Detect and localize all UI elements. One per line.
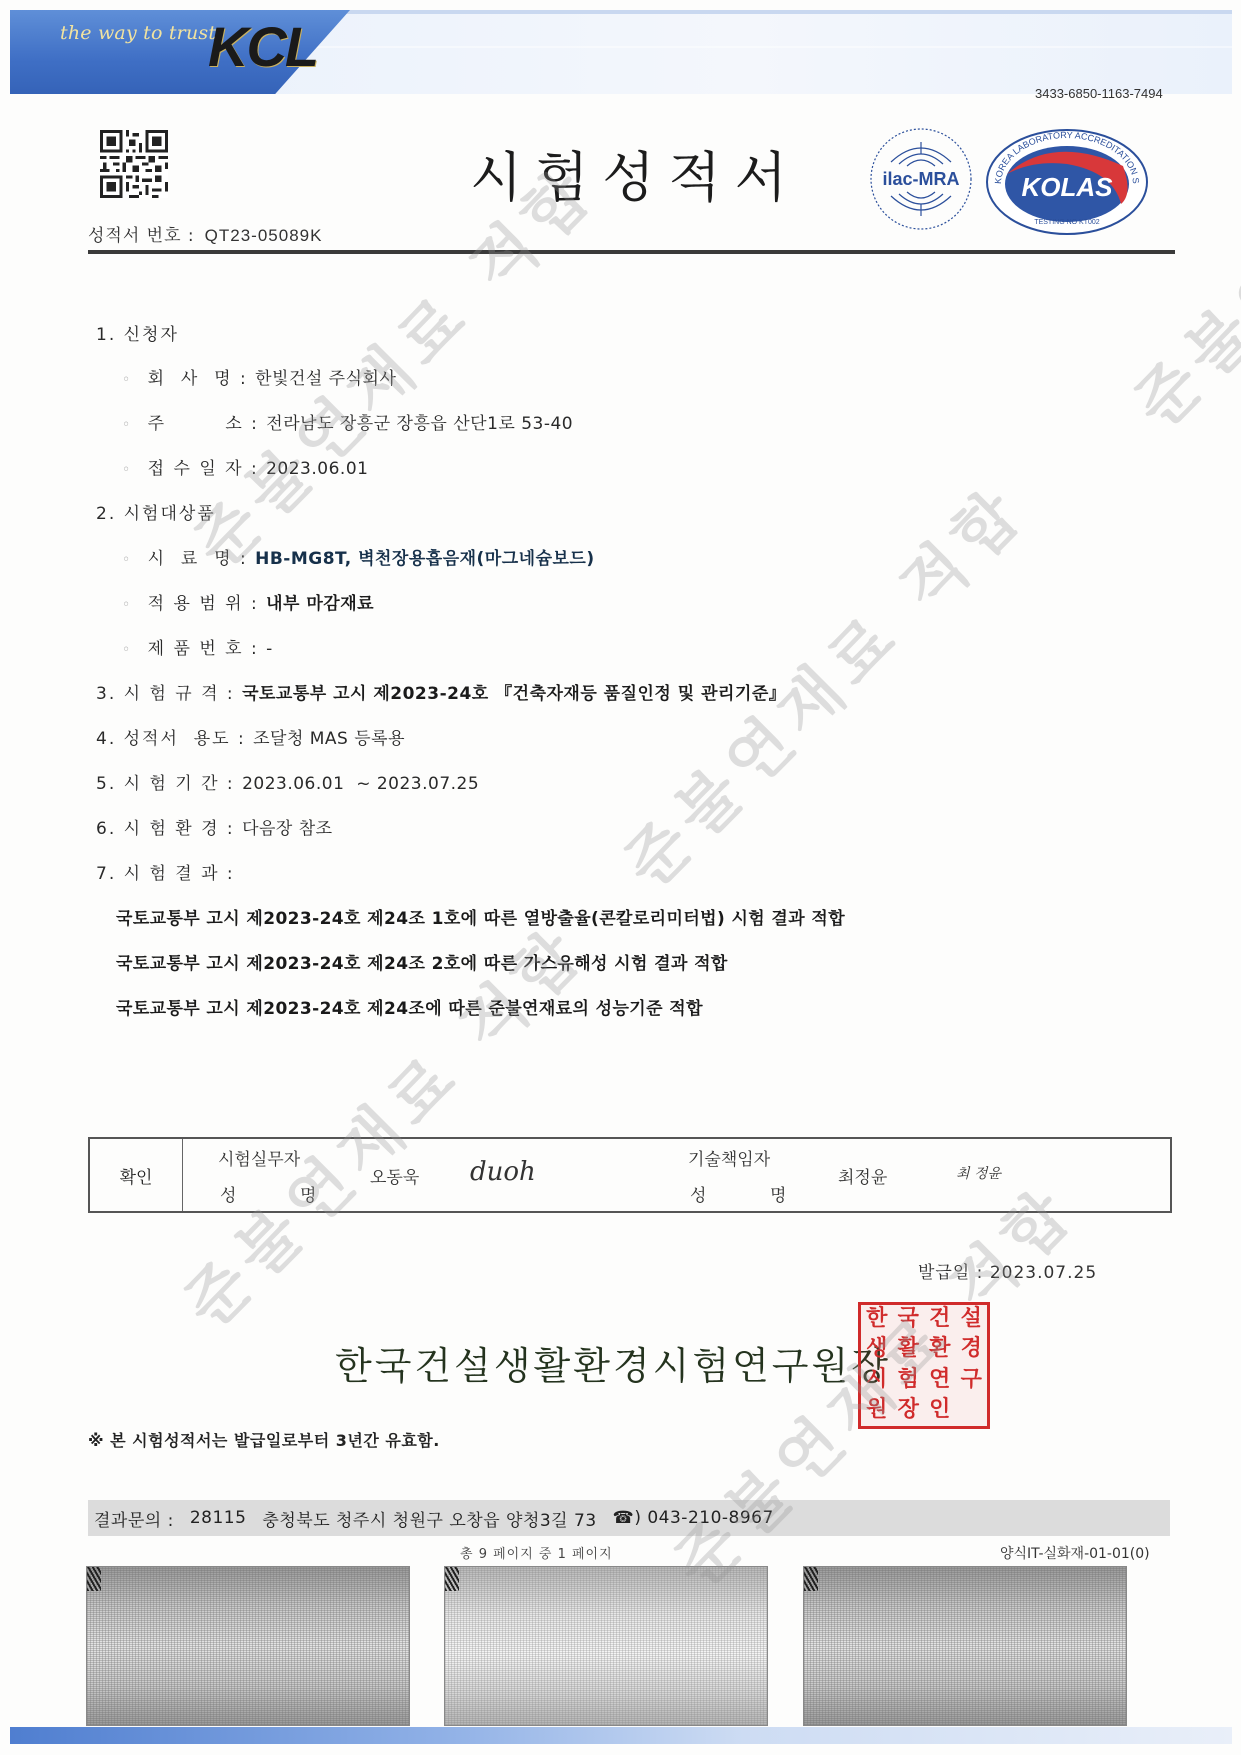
validity-note: ※ 본 시험성적서는 발급일로부터 3년간 유효함. [88, 1428, 440, 1451]
inquiry-label: 결과문의 : [94, 1506, 174, 1531]
tech-name-label-2: 명 [770, 1181, 786, 1206]
section-test-results-heading: 7. 시 험 결 과 : [96, 859, 235, 884]
seal-char: 한 [861, 1305, 893, 1335]
field-company-label: 회 사 명 : [148, 369, 248, 389]
field-scope-label: 적 용 범 위 : [148, 594, 259, 614]
seal-char: 경 [956, 1335, 988, 1365]
security-pattern [444, 1566, 768, 1726]
field-test-standard: 3. 시 험 규 격 : 국토교통부 고시 제2023-24호 『건축자재등 품… [96, 679, 786, 704]
field-test-standard-label: 3. 시 험 규 격 : [96, 684, 235, 704]
tester-name-label-2: 명 [300, 1181, 316, 1206]
tech-name-label-1: 성 [690, 1181, 706, 1206]
seal-char [956, 1396, 988, 1426]
field-scope: 적 용 범 위 : 내부 마감재료 [122, 589, 374, 614]
inquiry-zip: 28115 [190, 1508, 247, 1528]
issue-date: 발급일 : 2023.07.25 [918, 1258, 1097, 1283]
field-company: 회 사 명 : 한빛건설 주식회사 [122, 364, 396, 389]
pattern-corner-icon [445, 1567, 459, 1591]
header-divider [88, 250, 1175, 254]
tagline: the way to trust [60, 22, 216, 44]
qr-code-icon [100, 130, 168, 198]
tech-manager-signature: 최 정윤 [956, 1163, 1001, 1183]
seal-char: 활 [893, 1335, 925, 1365]
seal-char: 시 [861, 1366, 893, 1396]
pattern-corner-icon [804, 1567, 818, 1591]
report-number: 성적서 번호 :QT23-05089K [88, 221, 322, 246]
tester-signature: duoh [470, 1157, 536, 1187]
field-scope-value: 내부 마감재료 [266, 594, 374, 614]
test-result-line: 국토교통부 고시 제2023-24호 제24조 2호에 따른 가스유해성 시험 … [116, 949, 728, 974]
ilac-mra-logo-icon: ilac-MRA [866, 124, 976, 234]
seal-char: 험 [893, 1366, 925, 1396]
seal-char: 환 [924, 1335, 956, 1365]
official-seal: 한국건설 생활환경 시험연구 원장인 [858, 1302, 990, 1429]
kcl-logo: KCL [208, 14, 317, 79]
seal-char: 인 [924, 1396, 956, 1426]
security-pattern [803, 1566, 1127, 1726]
inquiry-address: 충청북도 청주시 청원구 오창읍 양청3길 73 [262, 1506, 596, 1531]
field-received-label: 접 수 일 자 : [148, 459, 259, 479]
section-sample-heading: 2. 시험대상품 [96, 499, 216, 524]
field-product-no: 제 품 번 호 : - [122, 634, 273, 659]
issuing-organization: 한국건설생활환경시험연구원장 [335, 1335, 891, 1390]
field-test-period-label: 5. 시 험 기 간 : [96, 774, 235, 794]
tester-name-label-1: 성 [220, 1181, 236, 1206]
kolas-logo-icon: KOREA LABORATORY ACCREDITATION SCHEME KO… [983, 124, 1151, 236]
tester-role: 시험실무자 [218, 1145, 300, 1170]
seal-char: 원 [861, 1396, 893, 1426]
confirm-label: 확인 [90, 1139, 183, 1211]
seal-char: 건 [924, 1305, 956, 1335]
tech-manager-role: 기술책임자 [688, 1145, 770, 1170]
test-result-line: 국토교통부 고시 제2023-24호 제24조에 따른 준불연재료의 성능기준 … [116, 994, 703, 1019]
issue-date-value: 2023.07.25 [990, 1263, 1097, 1283]
field-test-period-value: 2023.06.01 ~ 2023.07.25 [242, 774, 479, 794]
field-report-purpose-label: 4. 성적서 용도 : [96, 729, 246, 749]
document-serial: 3433-6850-1163-7494 [1035, 86, 1163, 101]
seal-char: 설 [956, 1305, 988, 1335]
field-report-purpose-value: 조달청 MAS 등록용 [253, 729, 405, 749]
phone-icon: ☎ [613, 1508, 635, 1528]
field-received-value: 2023.06.01 [266, 459, 368, 479]
field-test-period: 5. 시 험 기 간 : 2023.06.01 ~ 2023.07.25 [96, 769, 479, 794]
page-info: 총 9 페이지 중 1 페이지 [460, 1543, 613, 1562]
field-sample-label: 시 료 명 : [148, 549, 248, 569]
document-title: 시험성적서 [470, 135, 801, 212]
field-address-value: 전라남도 장흥군 장흥읍 산단1로 53-40 [266, 414, 573, 434]
seal-char: 구 [956, 1366, 988, 1396]
seal-char: 연 [924, 1366, 956, 1396]
svg-text:TESTING NO KT002: TESTING NO KT002 [1034, 219, 1099, 226]
issue-date-label: 발급일 : [918, 1263, 983, 1283]
field-received-date: 접 수 일 자 : 2023.06.01 [122, 454, 368, 479]
field-sample-value: HB-MG8T, 벽천장용흡음재(마그네슘보드) [255, 549, 595, 569]
field-test-standard-value: 국토교통부 고시 제2023-24호 『건축자재등 품질인정 및 관리기준』 [242, 684, 786, 704]
report-number-value: QT23-05089K [205, 226, 323, 245]
seal-char: 장 [893, 1396, 925, 1426]
seal-char: 국 [893, 1305, 925, 1335]
field-test-environment: 6. 시 험 환 경 : 다음장 참조 [96, 814, 333, 839]
confirmation-table: 확인 시험실무자 성 명 오동욱 duoh 기술책임자 성 명 최정윤 최 정윤 [88, 1137, 1172, 1213]
field-test-environment-value: 다음장 참조 [242, 819, 333, 839]
inquiry-phone: ) 043-210-8967 [634, 1508, 773, 1528]
svg-text:KOLAS: KOLAS [1022, 172, 1114, 202]
field-address-label: 주 소 : [148, 414, 259, 434]
report-number-label: 성적서 번호 : [88, 226, 195, 246]
svg-text:ilac-MRA: ilac-MRA [882, 169, 959, 189]
section-applicant-heading: 1. 신청자 [96, 320, 179, 345]
field-company-value: 한빛건설 주식회사 [255, 369, 396, 389]
seal-char: 생 [861, 1335, 893, 1365]
inquiry-bar: 결과문의 : 28115 충청북도 청주시 청원구 오창읍 양청3길 73 ☎ … [88, 1500, 1170, 1536]
field-test-environment-label: 6. 시 험 환 경 : [96, 819, 235, 839]
security-pattern [86, 1566, 410, 1726]
tech-manager-name: 최정윤 [838, 1163, 887, 1188]
footer-banner [10, 1727, 1232, 1744]
tester-name: 오동욱 [370, 1163, 419, 1188]
field-product-no-label: 제 품 번 호 : [148, 639, 259, 659]
pattern-corner-icon [87, 1567, 101, 1591]
form-number: 양식IT-실화재-01-01(0) [1000, 1543, 1150, 1563]
field-address: 주 소 : 전라남도 장흥군 장흥읍 산단1로 53-40 [122, 409, 573, 434]
field-report-purpose: 4. 성적서 용도 : 조달청 MAS 등록용 [96, 724, 405, 749]
field-sample-name: 시 료 명 : HB-MG8T, 벽천장용흡음재(마그네슘보드) [122, 544, 595, 569]
field-product-no-value: - [266, 639, 273, 659]
test-result-line: 국토교통부 고시 제2023-24호 제24조 1호에 따른 열방출율(콘칼로리… [116, 904, 845, 929]
